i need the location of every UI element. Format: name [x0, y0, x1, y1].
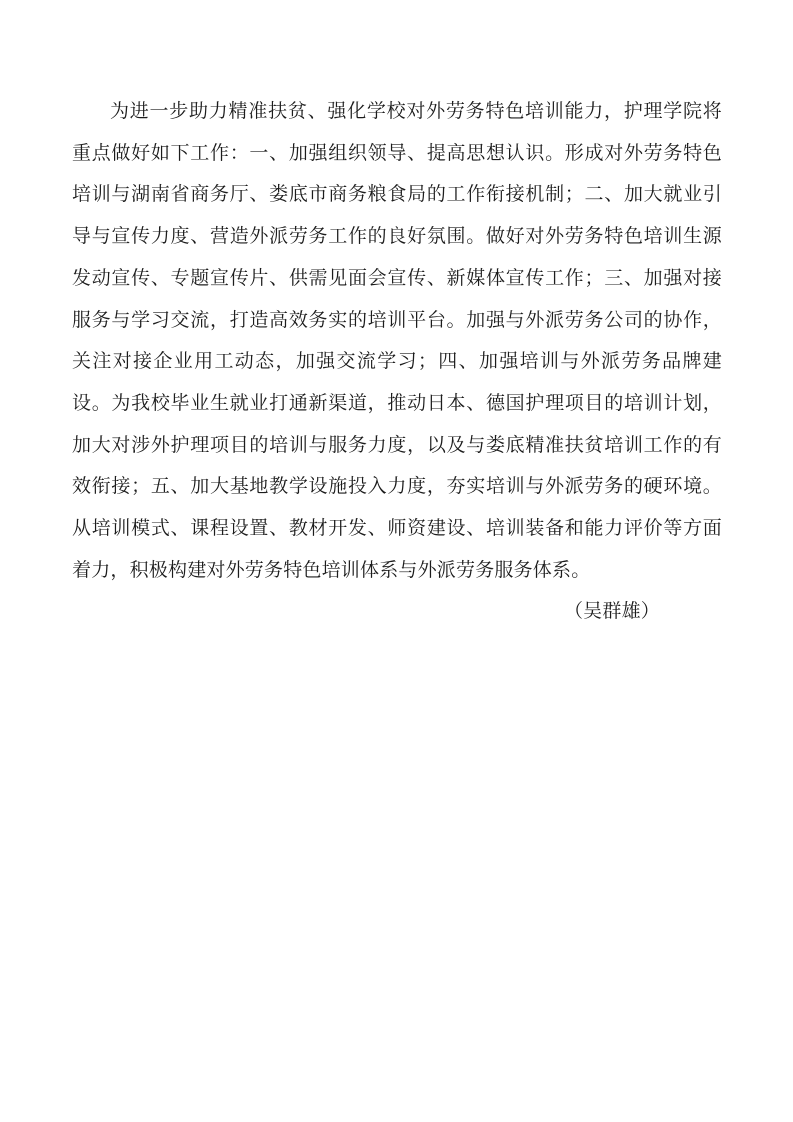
document-content: 为进一步助力精准扶贫、强化学校对外劳务特色培训能力，护理学院将重点做好如下工作：…	[72, 91, 722, 633]
body-paragraph: 为进一步助力精准扶贫、强化学校对外劳务特色培训能力，护理学院将重点做好如下工作：…	[72, 91, 722, 591]
document-page: 为进一步助力精准扶贫、强化学校对外劳务特色培训能力，护理学院将重点做好如下工作：…	[0, 0, 793, 1122]
signature-line: （吴群雄）	[72, 591, 722, 633]
